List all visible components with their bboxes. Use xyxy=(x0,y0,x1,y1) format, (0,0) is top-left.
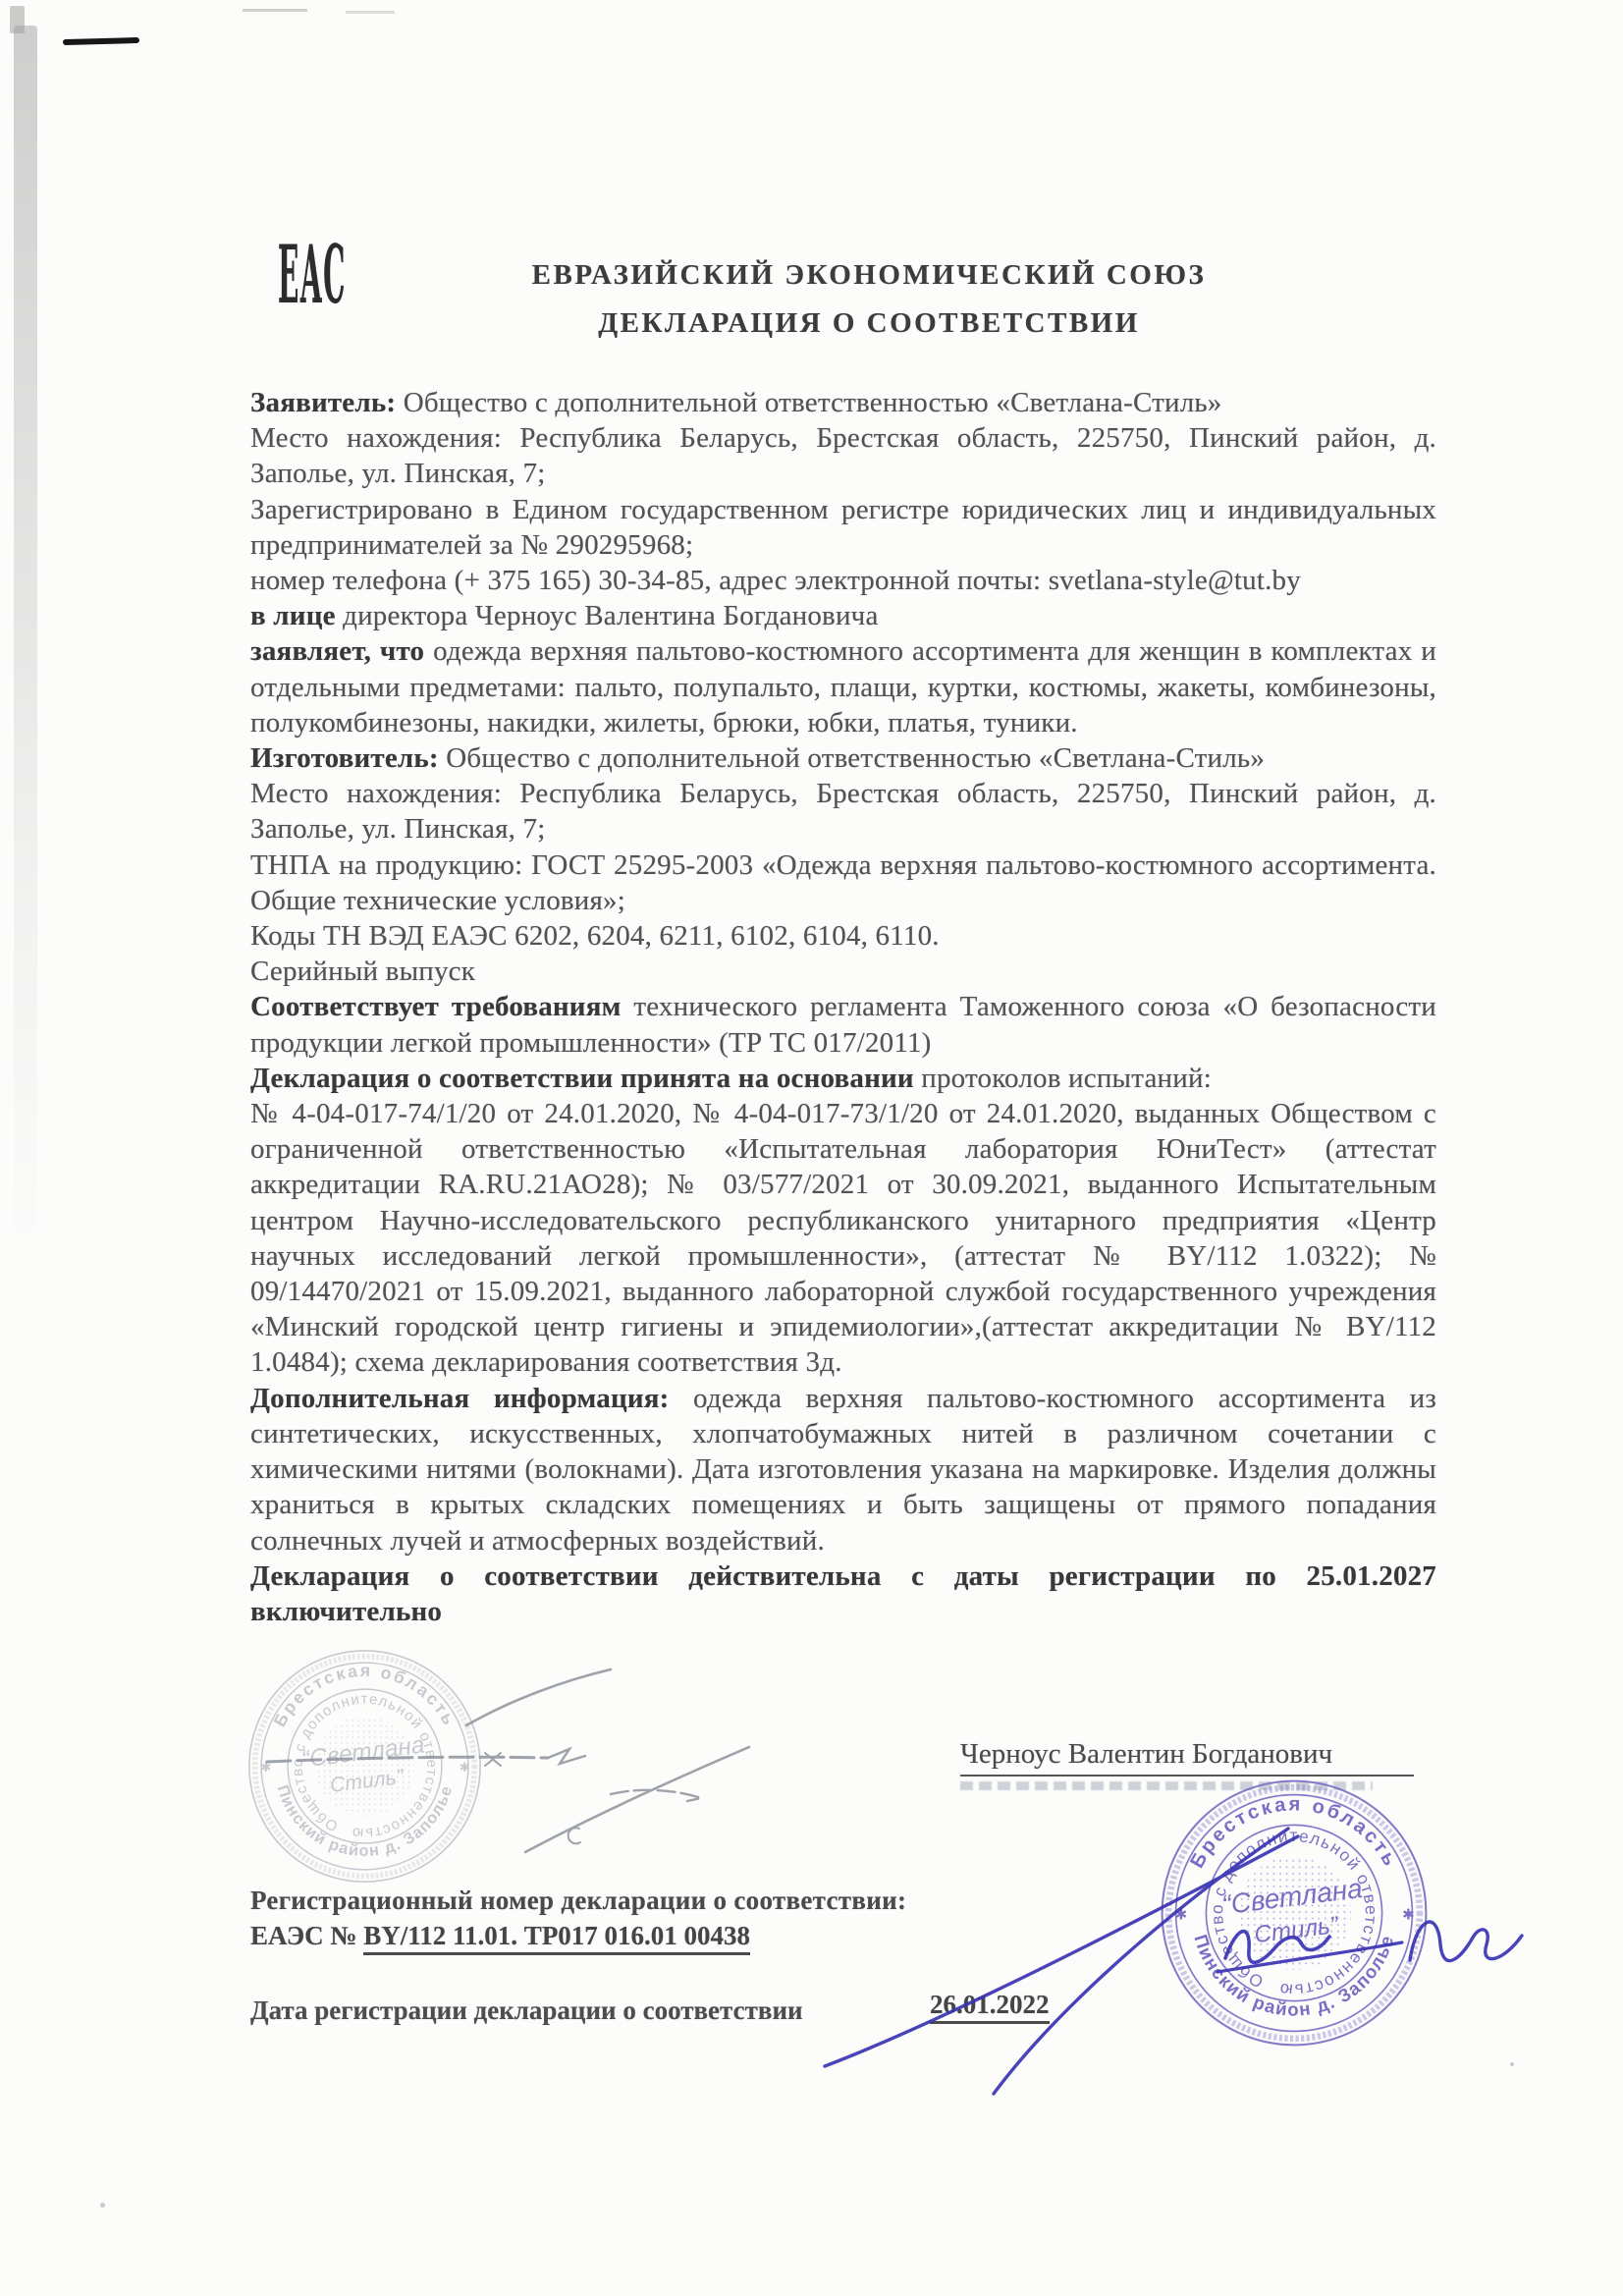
paragraph-manufacturer-address: Место нахождения: Республика Беларусь, Б… xyxy=(250,776,1436,847)
stamp-star-icon: ✱ xyxy=(460,1760,470,1775)
paragraph-validity: Декларация о соответствии действительна … xyxy=(250,1558,1436,1629)
stamp-star-icon: ✱ xyxy=(260,1760,271,1775)
paragraph-representative: в лице директора Черноус Валентина Богда… xyxy=(250,598,1436,633)
paragraph-serial-production: Серийный выпуск xyxy=(250,954,1436,989)
registration-date-value: 26.01.2022 xyxy=(930,1990,1050,2020)
paragraph-protocols: № 4-04-017-74/1/20 от 24.01.2020, № 4-04… xyxy=(250,1096,1436,1381)
paragraph-contacts: номер телефона (+ 375 165) 30-34-85, адр… xyxy=(250,563,1436,598)
company-stamp-purple: Брестская область Пинский район д. Запол… xyxy=(1157,1776,1432,2050)
paragraph-conformity: Соответствует требованиям технического р… xyxy=(250,989,1436,1060)
paragraph-manufacturer: Изготовитель: Общество с дополнительной … xyxy=(250,740,1436,776)
scan-dash-artifact xyxy=(346,11,395,14)
paragraph-additional-info: Дополнительная информация: одежда верхня… xyxy=(250,1381,1436,1558)
scan-corner-blot xyxy=(10,6,25,33)
registration-date-label: Дата регистрации декларации о соответств… xyxy=(250,1995,803,2026)
paragraph-tnved-codes: Коды ТН ВЭД ЕАЭС 6202, 6204, 6211, 6102,… xyxy=(250,918,1436,954)
declaration-body: Заявитель: Общество с дополнительной отв… xyxy=(250,385,1436,1629)
declaration-document-page: ЕАС ЕВРАЗИЙСКИЙ ЭКОНОМИЧЕСКИЙ СОЮЗ ДЕКЛА… xyxy=(0,0,1623,2296)
registration-number-underlined: BY/112 11.01. ТР017 016.01 00438 xyxy=(363,1921,750,1955)
scan-speck xyxy=(100,2203,105,2208)
scan-dash-artifact xyxy=(243,9,307,12)
paragraph-registration-info: Зарегистрировано в Едином государственно… xyxy=(250,492,1436,563)
scan-black-line-artifact xyxy=(63,37,139,45)
eac-logo-icon: ЕАС xyxy=(278,236,346,315)
company-stamp-gray: Брестская область Пинский район д. Запол… xyxy=(244,1646,485,1886)
document-title: ЕВРАЗИЙСКИЙ ЭКОНОМИЧЕСКИЙ СОЮЗ ДЕКЛАРАЦИ… xyxy=(378,251,1360,348)
paragraph-tnpa: ТНПА на продукцию: ГОСТ 25295-2003 «Одеж… xyxy=(250,847,1436,918)
paragraph-applicant: Заявитель: Общество с дополнительной отв… xyxy=(250,385,1436,420)
title-line-1: ЕВРАЗИЙСКИЙ ЭКОНОМИЧЕСКИЙ СОЮЗ xyxy=(378,251,1360,300)
signatory-name: Черноус Валентин Богданович xyxy=(960,1738,1414,1777)
title-line-2: ДЕКЛАРАЦИЯ О СООТВЕТСТВИИ xyxy=(378,300,1360,348)
stamp-star-icon: ✱ xyxy=(1402,1907,1415,1924)
scan-edge-shadow xyxy=(14,26,37,1283)
paragraph-applicant-address: Место нахождения: Республика Беларусь, Б… xyxy=(250,420,1436,491)
paragraph-declares: заявляет, что одежда верхняя пальтово-ко… xyxy=(250,633,1436,740)
paragraph-basis: Декларация о соответствии принята на осн… xyxy=(250,1061,1436,1096)
stamp-star-icon: ✱ xyxy=(1175,1907,1188,1924)
registration-number-label: Регистрационный номер декларации о соотв… xyxy=(250,1886,906,1916)
scan-speck xyxy=(1510,2062,1514,2066)
registration-number-value: ЕАЭС № BY/112 11.01. ТР017 016.01 00438 xyxy=(250,1921,750,1951)
